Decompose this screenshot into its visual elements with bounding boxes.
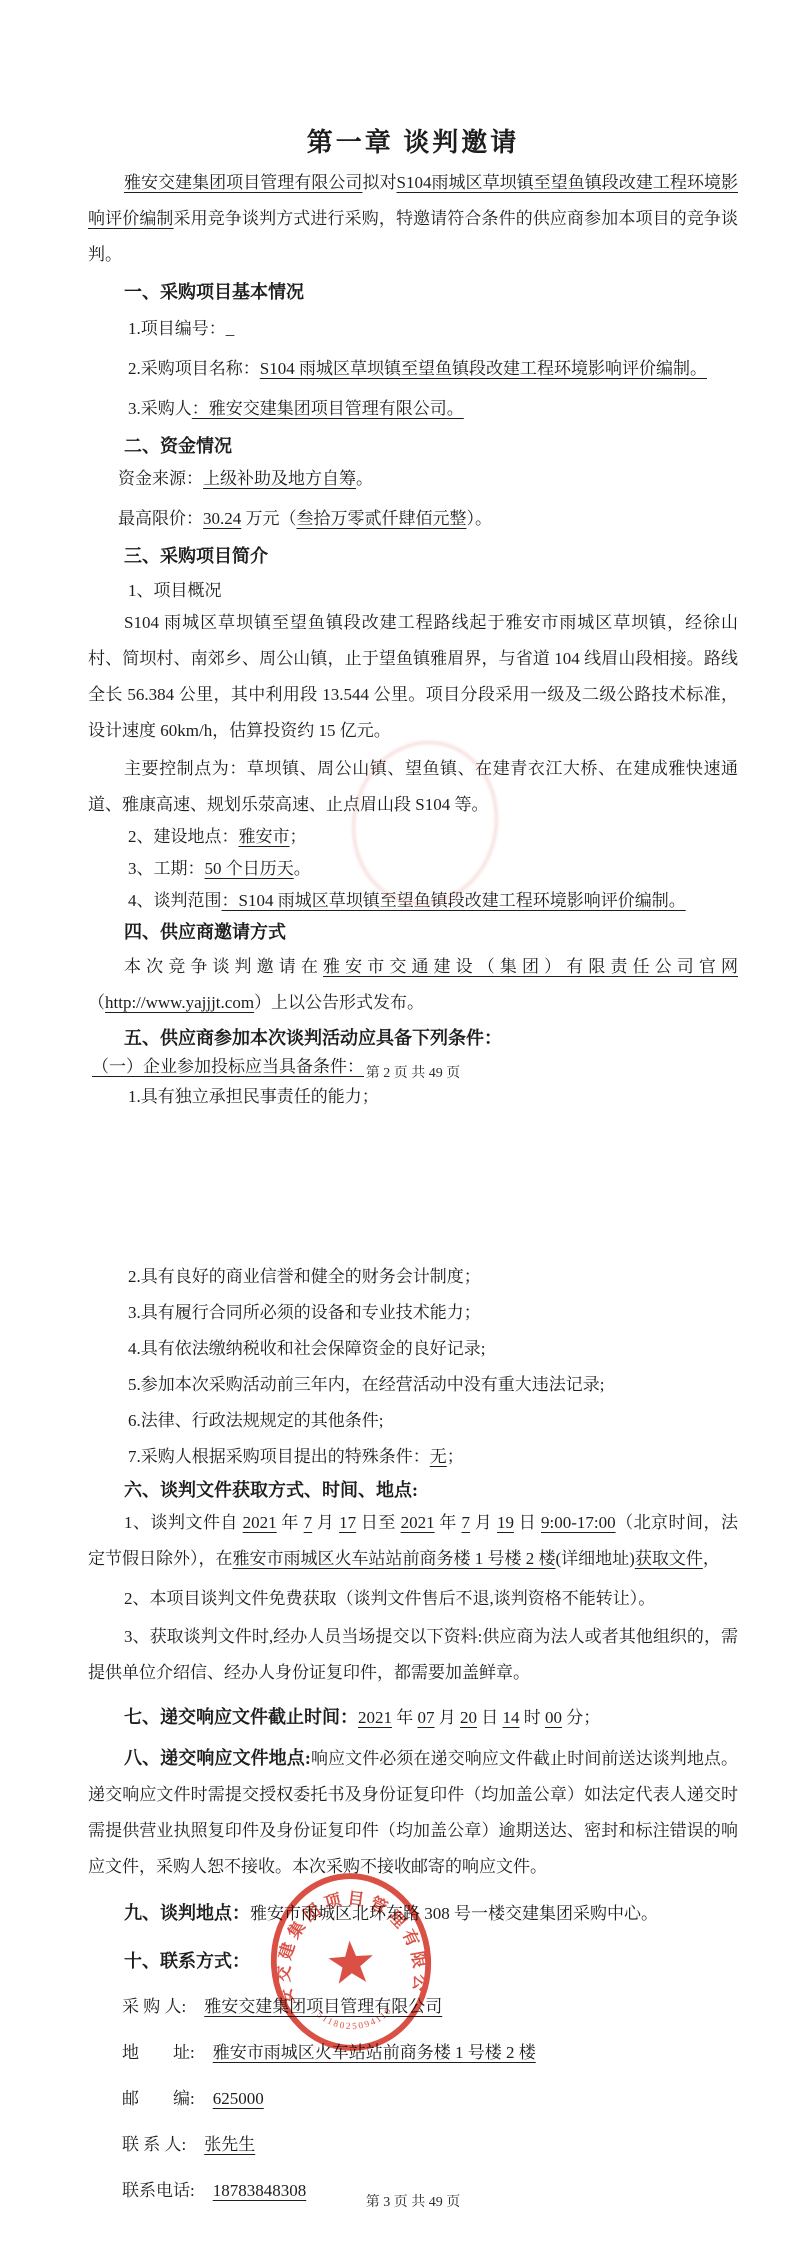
text-run: 1、谈判文件自 xyxy=(124,1513,243,1532)
deadline-value: 07 xyxy=(418,1708,435,1727)
text-run: ， xyxy=(703,1549,720,1568)
contact-label: 联 系 人: xyxy=(122,2135,186,2154)
invitation-paragraph: 本次竞争谈判邀请在雅安市交通建设（集团）有限责任公司官网（http://www.… xyxy=(88,949,738,1021)
date-value: 7 xyxy=(304,1513,313,1532)
duration-item: 3、工期：50 个日历天。 xyxy=(88,857,738,881)
condition-7: 7.采购人根据采购项目提出的特殊条件：无； xyxy=(88,1445,738,1469)
text-run: (详细地址) xyxy=(556,1549,635,1568)
text-run: 月 xyxy=(470,1513,497,1532)
page-2-footer: 第 2 页 共 49 页 xyxy=(88,1062,738,1082)
text-run: 时 xyxy=(520,1708,546,1727)
document-materials-paragraph: 3、获取谈判文件时,经办人员当场提交以下资料:供应商为法人或者其他组织的，需提供… xyxy=(88,1619,738,1691)
text-run: 月 xyxy=(312,1513,339,1532)
deadline-value: 00 xyxy=(545,1708,562,1727)
time-range-value: 9:00-17:00 xyxy=(541,1513,616,1532)
location-item: 2、建设地点：雅安市； xyxy=(88,825,738,849)
text-run: 年 xyxy=(277,1513,304,1532)
negotiation-place-value: 雅安市雨城区北环东路 308 号一楼交建集团采购中心。 xyxy=(250,1904,658,1923)
intro-paragraph: 雅安交建集团项目管理有限公司拟对S104雨城区草坝镇至望鱼镇段改建工程环境影响评… xyxy=(88,165,738,273)
text-run: 。 xyxy=(294,859,311,878)
contact-value: 625000 xyxy=(213,2089,264,2108)
text-run: 本次竞争谈判邀请在 xyxy=(124,957,323,976)
item-value: ：雅安交建集团项目管理有限公司。 xyxy=(192,399,464,418)
section-10-heading: 十、联系方式： xyxy=(88,1948,738,1974)
item-label: 7.采购人根据采购项目提出的特殊条件： xyxy=(128,1447,430,1466)
item-label: 资金来源： xyxy=(118,469,203,488)
page-2-content: 2.具有良好的商业信誉和健全的财务会计制度； 3.具有履行合同所必须的设备和专业… xyxy=(88,1105,738,2261)
contact-label: 采 购 人: xyxy=(122,1997,186,2016)
text-run: ； xyxy=(290,827,307,846)
date-value: 17 xyxy=(339,1513,356,1532)
project-overview-paragraph: S104 雨城区草坝镇至望鱼镇段改建工程路线起于雅安市雨城区草坝镇，经徐山村、简… xyxy=(88,605,738,749)
contact-row-purchaser: 采 购 人:雅安交建集团项目管理有限公司 xyxy=(88,1994,738,2020)
text-run: 采用竞争谈判方式进行采购，特邀请符合条件的供应商参加本项目的竞争谈判。 xyxy=(88,209,738,264)
submission-place-paragraph: 八、递交响应文件地点:响应文件必须在递交响应文件截止时间前送达谈判地点。递交响应… xyxy=(88,1740,738,1885)
text-run: 万元（ xyxy=(241,509,296,528)
negotiation-place-line: 九、谈判地点：雅安市雨城区北环东路 308 号一楼交建集团采购中心。 xyxy=(88,1895,738,1932)
text-run: 拟对 xyxy=(362,173,396,192)
item-value: 上级补助及地方自筹 xyxy=(203,469,356,488)
deadline-value: 2021 xyxy=(358,1708,392,1727)
item-value: ：S104 雨城区草坝镇至望鱼镇段改建工程环境影响评价编制。 xyxy=(222,891,686,910)
date-value: 2021 xyxy=(401,1513,435,1532)
text-run: 日至 xyxy=(356,1513,400,1532)
condition-3: 3.具有履行合同所必须的设备和专业技术能力； xyxy=(88,1301,738,1325)
document-obtain-paragraph: 1、谈判文件自 2021 年 7 月 17 日至 2021 年 7 月 19 日… xyxy=(88,1505,738,1577)
deadline-value: 20 xyxy=(460,1708,477,1727)
obtain-address: 雅安市雨城区火车站站前商务楼 1 号楼 2 楼 xyxy=(233,1549,556,1568)
website-url: http://www.yajjjt.com xyxy=(105,993,254,1012)
section-7-heading: 七、递交响应文件截止时间： xyxy=(124,1707,358,1727)
item-label: 3、工期： xyxy=(128,859,205,878)
text-run: 。 xyxy=(356,469,373,488)
page-1: 第一章 谈判邀请 雅安交建集团项目管理有限公司拟对S104雨城区草坝镇至望鱼镇段… xyxy=(0,0,800,1105)
date-value: 7 xyxy=(462,1513,471,1532)
item-label: 3.采购人 xyxy=(128,399,192,418)
contact-row-postcode: 邮 编:625000 xyxy=(88,2086,738,2112)
contact-row-address: 地 址:雅安市雨城区火车站站前商务楼 1 号楼 2 楼 xyxy=(88,2040,738,2066)
item-label: 最高限价： xyxy=(118,509,203,528)
section-1-heading: 一、采购项目基本情况 xyxy=(88,279,738,305)
section-8-heading: 八、递交响应文件地点: xyxy=(124,1748,311,1768)
date-value: 2021 xyxy=(243,1513,277,1532)
text-run: 响应文件必须在递交响应文件截止时间前送达谈判地点。递交响应文件时需提交授权委托书… xyxy=(88,1749,738,1876)
text-run: （ xyxy=(88,993,105,1012)
text-run: ； xyxy=(447,1447,464,1466)
scanned-document: 第一章 谈判邀请 雅安交建集团项目管理有限公司拟对S104雨城区草坝镇至望鱼镇段… xyxy=(0,0,800,2261)
item-label: 4、谈判范围 xyxy=(128,891,222,910)
item-label: 2.采购项目名称： xyxy=(128,359,260,378)
item-value: S104 雨城区草坝镇至望鱼镇段改建工程环境影响评价编制。 xyxy=(260,359,707,378)
page-2: 2.具有良好的商业信誉和健全的财务会计制度； 3.具有履行合同所必须的设备和专业… xyxy=(0,1105,800,2261)
section-4-heading: 四、供应商邀请方式 xyxy=(88,919,738,945)
text-run: 分； xyxy=(562,1708,600,1727)
contact-row-person: 联 系 人:张先生 xyxy=(88,2132,738,2158)
page-1-content: 第一章 谈判邀请 雅安交建集团项目管理有限公司拟对S104雨城区草坝镇至望鱼镇段… xyxy=(88,0,738,1105)
deadline-value: 14 xyxy=(503,1708,520,1727)
text-run: ）。 xyxy=(467,509,493,528)
document-free-paragraph: 2、本项目谈判文件免费获取（谈判文件售后不退,谈判资格不能转让）。 xyxy=(88,1581,738,1617)
contact-value: 雅安交建集团项目管理有限公司 xyxy=(204,1997,442,2016)
section-2-heading: 二、资金情况 xyxy=(88,433,738,459)
text-run: 雅安交建集团项目管理有限公司 xyxy=(124,173,362,192)
contact-value: 雅安市雨城区火车站站前商务楼 1 号楼 2 楼 xyxy=(213,2043,536,2062)
deadline-line: 七、递交响应文件截止时间：2021 年 07 月 20 日 14 时 00 分； xyxy=(88,1699,738,1736)
section-5-heading: 五、供应商参加本次谈判活动应具备下列条件： xyxy=(88,1025,738,1051)
text-run: 获取文件 xyxy=(635,1549,703,1568)
item-label: 2、建设地点： xyxy=(128,827,239,846)
section-3-heading: 三、采购项目简介 xyxy=(88,543,738,569)
fund-source-item: 资金来源：上级补助及地方自筹。 xyxy=(88,467,738,491)
negotiation-scope-item: 4、谈判范围：S104 雨城区草坝镇至望鱼镇段改建工程环境影响评价编制。 xyxy=(88,889,738,913)
date-value: 19 xyxy=(497,1513,514,1532)
item-value: _ xyxy=(226,319,235,338)
condition-4: 4.具有依法缴纳税收和社会保障资金的良好记录; xyxy=(88,1337,738,1361)
contact-label: 邮 编: xyxy=(122,2089,195,2108)
company-website-name: 雅安市交通建设（集团）有限责任公司官网 xyxy=(323,957,738,976)
project-overview-subheading: 1、项目概况 xyxy=(88,579,738,603)
condition-2: 2.具有良好的商业信誉和健全的财务会计制度； xyxy=(88,1265,738,1289)
project-name-item: 2.采购项目名称：S104 雨城区草坝镇至望鱼镇段改建工程环境影响评价编制。 xyxy=(88,357,738,381)
text-run: 年 xyxy=(392,1708,418,1727)
item-value: 雅安市 xyxy=(239,827,290,846)
section-9-heading: 九、谈判地点： xyxy=(124,1903,250,1923)
section-6-heading: 六、谈判文件获取方式、时间、地点: xyxy=(88,1477,738,1503)
condition-5: 5.参加本次采购活动前三年内，在经营活动中没有重大违法记录; xyxy=(88,1373,738,1397)
item-label: 1.项目编号： xyxy=(128,319,226,338)
text-run: ）上以公告形式发布。 xyxy=(254,993,424,1012)
control-points-paragraph: 主要控制点为：草坝镇、周公山镇、望鱼镇、在建青衣江大桥、在建成雅快速通道、雅康高… xyxy=(88,751,738,823)
item-value: 无 xyxy=(430,1447,447,1466)
condition-6: 6.法律、行政法规规定的其他条件; xyxy=(88,1409,738,1433)
page-3-footer: 第 3 页 共 49 页 xyxy=(88,2191,738,2211)
item-value: 50 个日历天 xyxy=(205,859,294,878)
price-number: 30.24 xyxy=(203,509,241,528)
text-run: 日 xyxy=(514,1513,541,1532)
chapter-title: 第一章 谈判邀请 xyxy=(88,0,738,159)
purchaser-item: 3.采购人：雅安交建集团项目管理有限公司。 xyxy=(88,397,738,421)
project-number-item: 1.项目编号：_ xyxy=(88,317,738,341)
contact-value: 张先生 xyxy=(204,2135,255,2154)
text-run: 日 xyxy=(477,1708,503,1727)
text-run: 年 xyxy=(435,1513,462,1532)
contact-label: 地 址: xyxy=(122,2043,195,2062)
max-price-item: 最高限价：30.24 万元（叁拾万零贰仟肆佰元整）。 xyxy=(88,507,738,531)
text-run: 月 xyxy=(435,1708,461,1727)
price-in-words: 叁拾万零贰仟肆佰元整 xyxy=(297,509,467,528)
